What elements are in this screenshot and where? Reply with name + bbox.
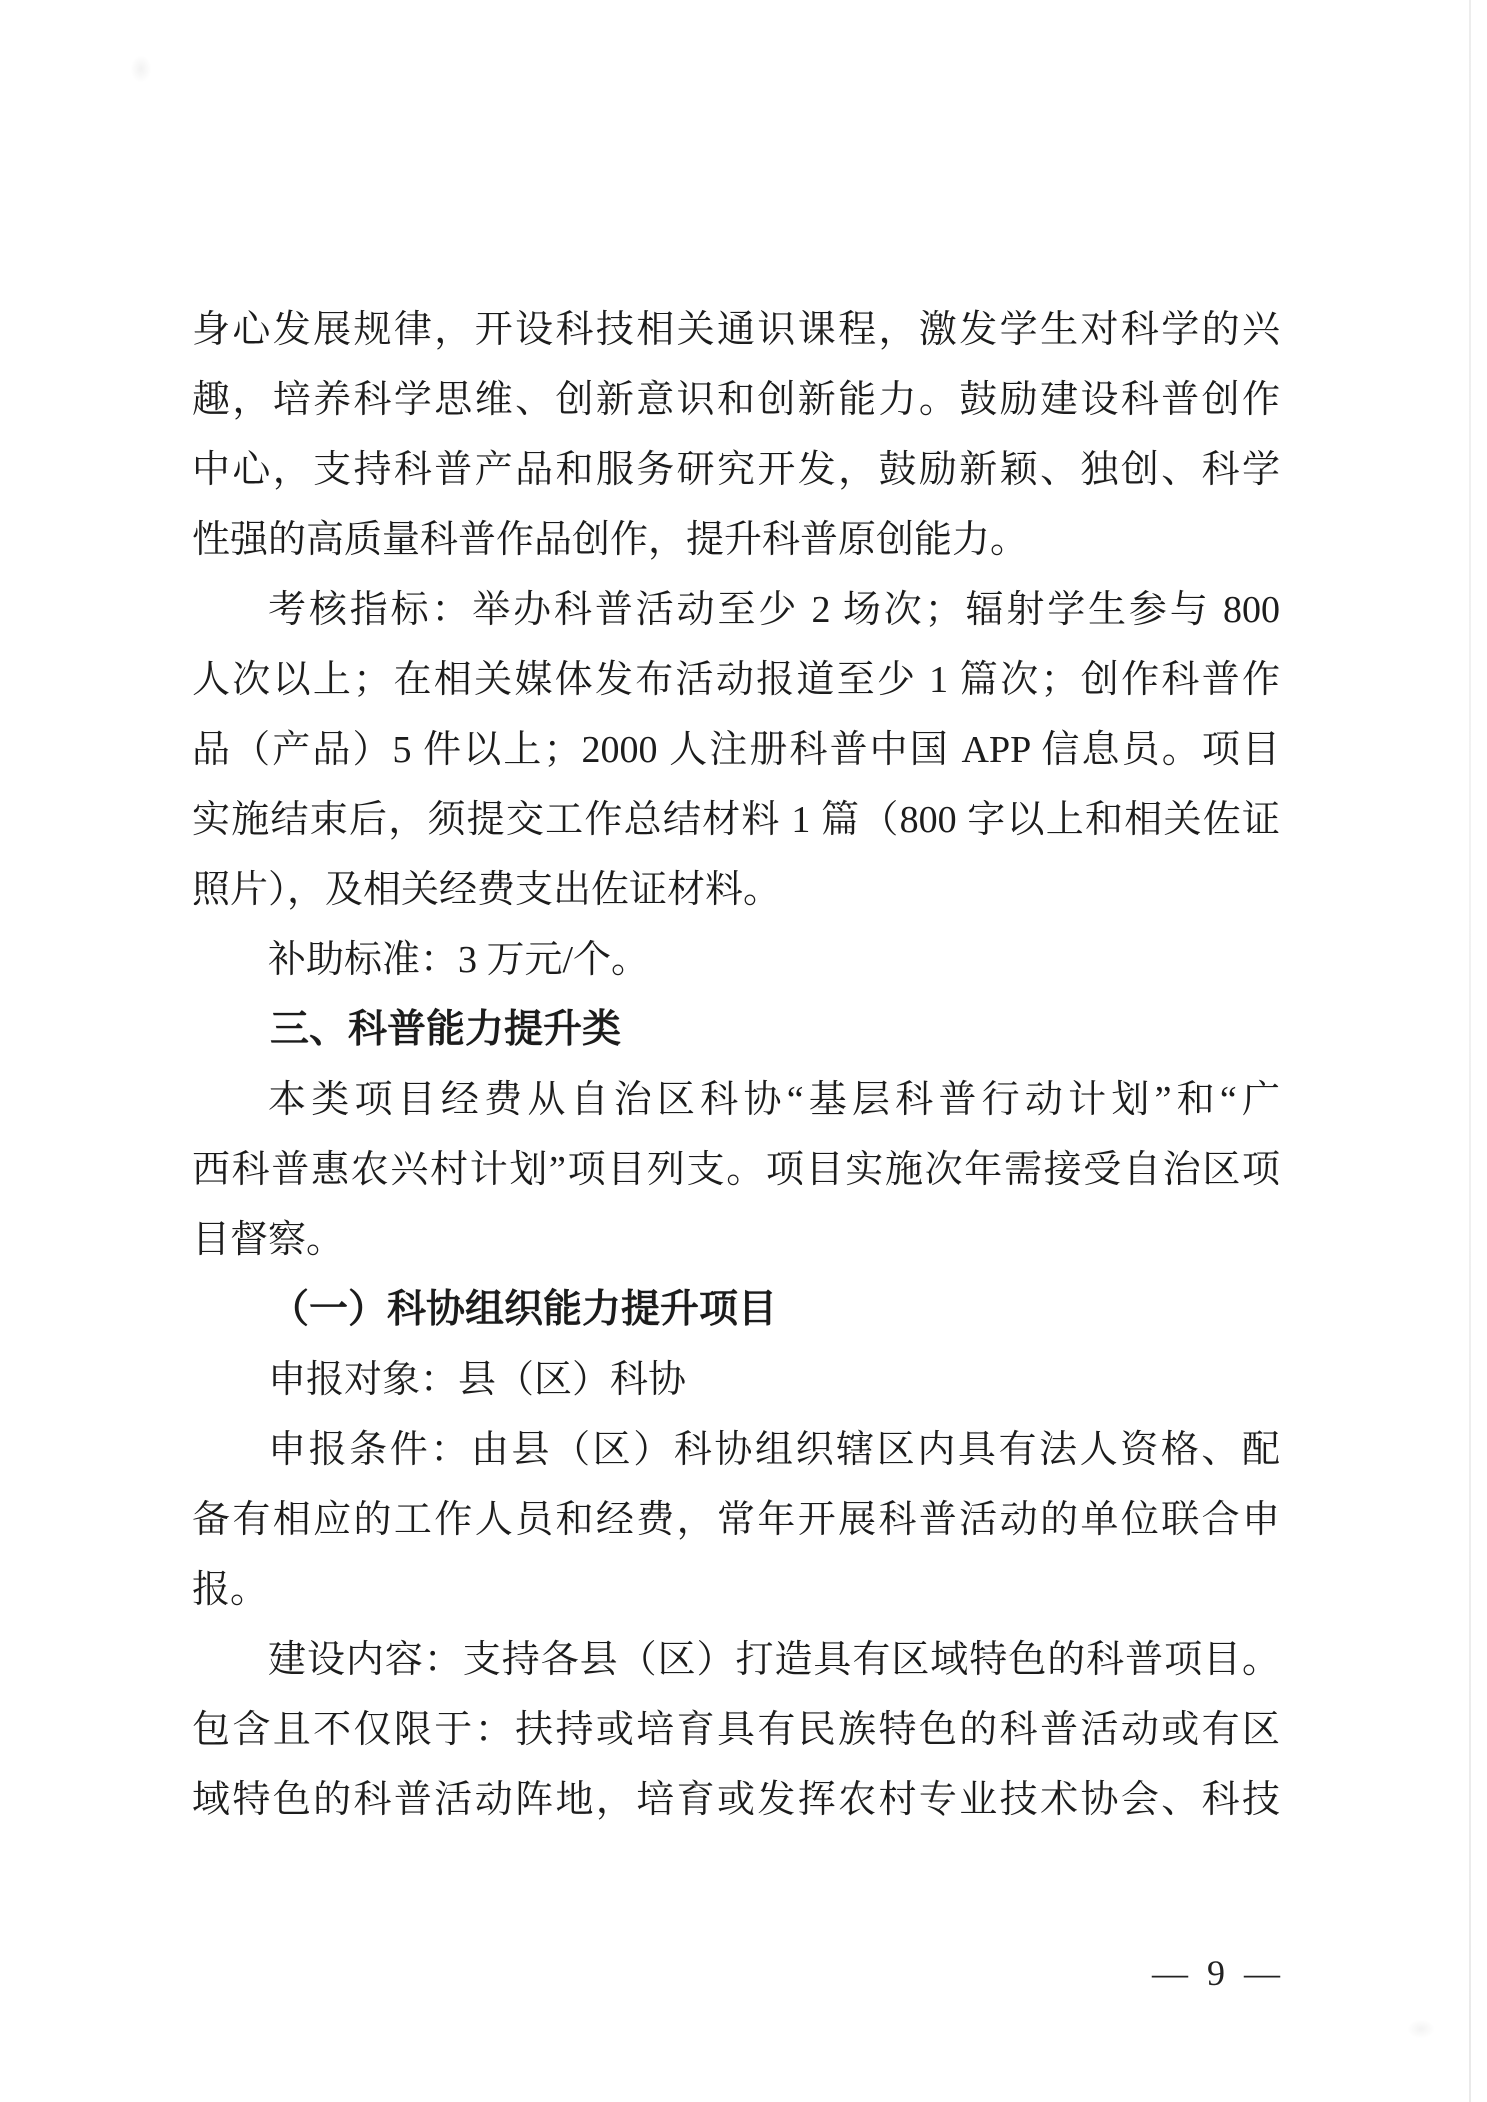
text-line: 域特色的科普活动阵地，培育或发挥农村专业技术协会、科技	[192, 1765, 1280, 1835]
scan-artifact-smudge-top	[131, 56, 151, 82]
text-line: 报。	[192, 1555, 1280, 1625]
text-line: 照片），及相关经费支出佐证材料。	[192, 855, 1280, 925]
text-line: 西科普惠农兴村计划”项目列支。项目实施次年需接受自治区项	[192, 1135, 1280, 1205]
scan-artifact-edge-line	[1469, 0, 1471, 2102]
text-line: 申报条件：由县（区）科协组织辖区内具有法人资格、配	[192, 1415, 1280, 1485]
page-number: — 9 —	[1152, 1952, 1285, 1994]
section-heading: 三、科普能力提升类	[192, 995, 1280, 1065]
text-line: 品（产品）5 件以上；2000 人注册科普中国 APP 信息员。项目	[192, 715, 1280, 785]
text-line: 实施结束后，须提交工作总结材料 1 篇（800 字以上和相关佐证	[192, 785, 1280, 855]
text-line: 建设内容：支持各县（区）打造具有区域特色的科普项目。	[192, 1625, 1280, 1695]
text-line: 补助标准：3 万元/个。	[192, 925, 1280, 995]
text-line: 身心发展规律，开设科技相关通识课程，激发学生对科学的兴	[192, 295, 1280, 365]
subsection-heading: （一）科协组织能力提升项目	[192, 1275, 1280, 1345]
text-line: 目督察。	[192, 1205, 1280, 1275]
text-line: 性强的高质量科普作品创作，提升科普原创能力。	[192, 505, 1280, 575]
text-line: 人次以上；在相关媒体发布活动报道至少 1 篇次；创作科普作	[192, 645, 1280, 715]
text-line: 趣，培养科学思维、创新意识和创新能力。鼓励建设科普创作	[192, 365, 1280, 435]
text-line: 考核指标：举办科普活动至少 2 场次；辐射学生参与 800	[192, 575, 1280, 645]
text-line: 备有相应的工作人员和经费，常年开展科普活动的单位联合申	[192, 1485, 1280, 1555]
document-body: 身心发展规律，开设科技相关通识课程，激发学生对科学的兴 趣，培养科学思维、创新意…	[192, 295, 1280, 1835]
scan-artifact-smudge-bottom	[1408, 2020, 1434, 2038]
text-line: 本类项目经费从自治区科协“基层科普行动计划”和“广	[192, 1065, 1280, 1135]
text-line: 中心，支持科普产品和服务研究开发，鼓励新颖、独创、科学	[192, 435, 1280, 505]
text-line: 包含且不仅限于：扶持或培育具有民族特色的科普活动或有区	[192, 1695, 1280, 1765]
text-line: 申报对象：县（区）科协	[192, 1345, 1280, 1415]
